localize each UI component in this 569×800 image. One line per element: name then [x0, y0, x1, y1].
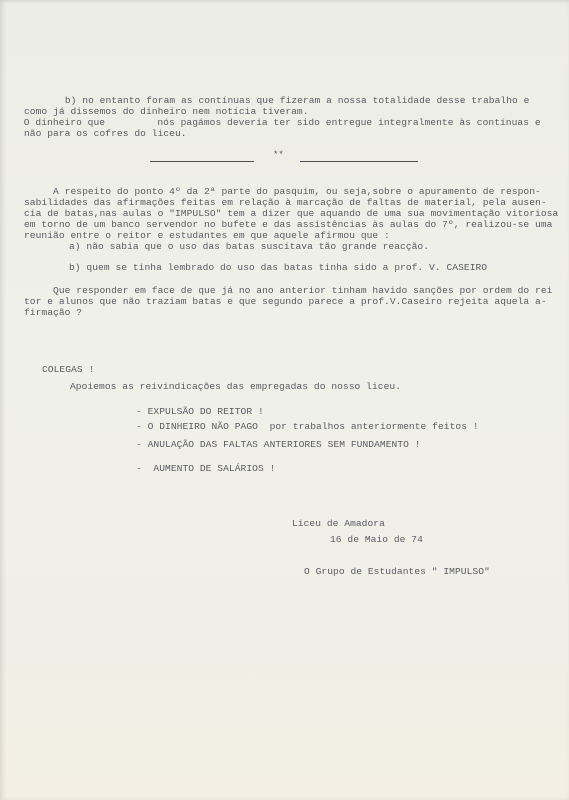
separator-rule-right [300, 161, 418, 162]
text-line: reunião entre o reitor e estudantes em q… [24, 230, 390, 241]
text-line: cia de batas,nas aulas o "IMPULSO" tem a… [24, 208, 558, 219]
text-line: como já dissemos do dinheiro nem notícia… [24, 106, 309, 117]
demand-item: - O DINHEIRO NÃO PAGO por trabalhos ante… [136, 421, 479, 432]
text-line: Que responder em face de que já no ano a… [24, 285, 552, 296]
separator-rule-left [150, 161, 254, 162]
separator-stars: ** [273, 150, 284, 160]
text-line: não para os cofres do liceu. [24, 128, 187, 139]
point-b: b) quem se tinha lembrado do uso das bat… [69, 262, 487, 273]
demand-item: - AUMENTO DE SALÁRIOS ! [136, 463, 275, 474]
text-line: O dinheiro que nós pagámos deveria ter s… [18, 117, 541, 128]
text-line: em torno de um banco servendor no bufete… [24, 219, 552, 230]
text-line: A respeito do ponto 4º da 2ª parte do pa… [24, 186, 541, 197]
signature: O Grupo de Estudantes " IMPULSO" [304, 566, 490, 577]
support-line: Apoiemos as reivindicações das empregada… [70, 381, 401, 392]
demand-item: - ANULAÇÃO DAS FALTAS ANTERIORES SEM FUN… [136, 439, 421, 450]
document-page: b) no entanto foram as contínuas que fiz… [0, 0, 569, 800]
date: 16 de Maio de 74 [330, 534, 423, 545]
point-a: a) não sabia que o uso das batas suscita… [69, 241, 429, 252]
text-line: tor e alunos que não traziam batas e que… [24, 296, 547, 307]
place: Liceu de Amadora [292, 518, 385, 529]
text-line: b) no entanto foram as contínuas que fiz… [30, 95, 529, 106]
text-line: sabilidades das afirmações feitas em rel… [24, 197, 547, 208]
demand-item: - EXPULSÃO DO REITOR ! [136, 406, 264, 417]
greeting: COLEGAS ! [42, 364, 94, 375]
text-line: firmação ? [24, 307, 82, 318]
